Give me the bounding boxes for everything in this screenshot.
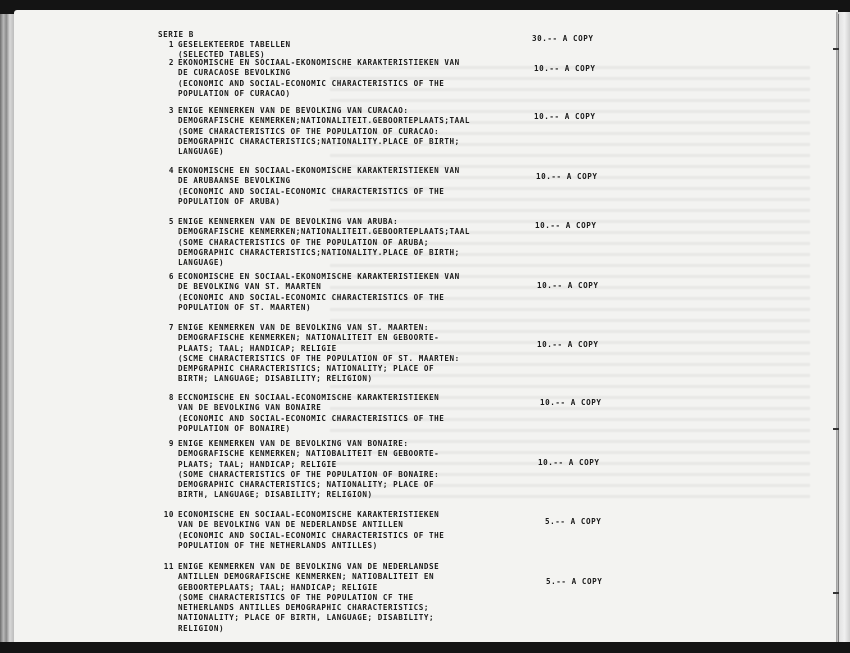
item-title-line: ECONOMISCHE EN SOCIAAL-ECONOMISCHE KARAK… xyxy=(178,510,444,520)
item-title-line: POPULATION OF ARUBA) xyxy=(178,197,460,207)
item-title-line: PLAATS; TAAL; HANDICAP; RELIGIE xyxy=(178,460,439,470)
item-title-line: POPULATION OF BONAIRE) xyxy=(178,424,444,434)
item-title-line: POPULATION OF THE NETHERLANDS ANTILLES) xyxy=(178,541,444,551)
item-price: 10.-- A COPY xyxy=(538,458,599,468)
publication-item: 4EKONOMISCHE EN SOCIAAL-EKONOMISCHE KARA… xyxy=(162,166,460,207)
item-title-line: DEMOGRAFISCHE KENMERKEN; NATIONALITEIT E… xyxy=(178,333,460,343)
item-title-line: (SOME CHARACTERISTICS OF THE POPULATION … xyxy=(178,127,470,137)
item-number: 4 xyxy=(162,166,174,176)
item-price: 10.-- A COPY xyxy=(534,64,595,74)
item-title-line: EKONOMISCHE EN SOCIAAL-EKONOMISCHE KARAK… xyxy=(178,58,460,68)
item-price: 10.-- A COPY xyxy=(537,281,598,291)
item-title-line: LANGUAGE) xyxy=(178,147,470,157)
item-number: 8 xyxy=(162,393,174,403)
publication-item: 11ENIGE KENMERKEN VAN DE BEVOLKING VAN D… xyxy=(162,562,439,634)
item-title-line: RELIGION) xyxy=(178,624,439,634)
item-title: EKONOMISCHE EN SOCIAAL-EKONOMISCHE KARAK… xyxy=(178,166,460,207)
item-number: 5 xyxy=(162,217,174,227)
item-title-line: (ECONOMIC AND SOCIAL-ECONOMIC CHARACTERI… xyxy=(178,531,444,541)
item-title-line: (ECONOMIC AND SOCIAL-ECONOMIC CHARACTERI… xyxy=(178,414,444,424)
item-title-line: ENIGE KENNERKEN VAN DE BEVOLKING VAN CUR… xyxy=(178,106,470,116)
item-number: 2 xyxy=(162,58,174,68)
item-title-line: PLAATS; TAAL; HANDICAP; RELIGIE xyxy=(178,344,460,354)
item-title-line: (SOME CHARACTERISTICS OF THE POPULATION … xyxy=(178,593,439,603)
item-title-line: DEMOGRAFISCHE KENMERKEN;NATIONALITEIT.GE… xyxy=(178,116,470,126)
item-number: 11 xyxy=(162,562,174,572)
item-title-line: VAN DE BEVOLKING VAN DE NEDERLANDSE ANTI… xyxy=(178,520,444,530)
publication-item: 10ECONOMISCHE EN SOCIAAL-ECONOMISCHE KAR… xyxy=(162,510,444,551)
item-price: 10.-- A COPY xyxy=(534,112,595,122)
item-number: 10 xyxy=(162,510,174,520)
item-number: 1 xyxy=(162,40,174,50)
item-title-line: DEMOGRAPHIC CHARACTERISTICS;NATIONALITY.… xyxy=(178,248,470,258)
item-title-line: GESELEKTEERDE TABELLEN xyxy=(178,40,291,50)
item-title: ENIGE KENNERKEN VAN DE BEVOLKING VAN CUR… xyxy=(178,106,470,157)
series-heading: SERIE B xyxy=(158,30,194,40)
item-title-line: ENIGE KENMERKEN VAN DE BEVOLKING VAN BON… xyxy=(178,439,439,449)
publication-list: SERIE B 1GESELEKTEERDE TABELLEN(SELECTED… xyxy=(0,0,850,653)
item-title-line: ECCNOMISCHE EN SOCIAAL-ECONOMISCHE KARAK… xyxy=(178,393,444,403)
item-price: 10.-- A COPY xyxy=(537,340,598,350)
item-title-line: DEMPGRAPHIC CHARACTERISTICS; NATIONALITY… xyxy=(178,364,460,374)
item-price: 10.-- A COPY xyxy=(540,398,601,408)
item-title-line: DEMOGRAPHIC CHARACTERISTICS;NATIONALITY.… xyxy=(178,137,470,147)
item-title-line: VAN DE BEVOLKING VAN BONAIRE xyxy=(178,403,444,413)
item-title-line: (ECONOMIC AND SOCIAL-ECONOMIC CHARACTERI… xyxy=(178,293,460,303)
item-title-line: NETHERLANDS ANTILLES DEMOGRAPHIC CHARACT… xyxy=(178,603,439,613)
item-title: EKONOMISCHE EN SOCIAAL-EKONOMISCHE KARAK… xyxy=(178,58,460,99)
item-title-line: EKONOMISCHE EN SOCIAAL-EKONOMISCHE KARAK… xyxy=(178,166,460,176)
item-title-line: (SCME CHARACTERISTICS OF THE POPULATION … xyxy=(178,354,460,364)
item-title: ENIGE KENMERKEN VAN DE BEVOLKING VAN BON… xyxy=(178,439,439,501)
item-title: ENIGE KENNERKEN VAN DE BEVOLKING VAN ARU… xyxy=(178,217,470,268)
item-title: ECONOMISCHE EN SOCIAAL-ECONOMISCHE KARAK… xyxy=(178,510,444,551)
item-number: 3 xyxy=(162,106,174,116)
publication-item: 8ECCNOMISCHE EN SOCIAAL-ECONOMISCHE KARA… xyxy=(162,393,444,434)
item-title-line: BIRTH, LANGUAGE; DISABILITY; RELIGION) xyxy=(178,490,439,500)
item-title-line: ENIGE KENNERKEN VAN DE BEVOLKING VAN ARU… xyxy=(178,217,470,227)
item-price: 30.-- A COPY xyxy=(532,34,593,44)
item-title-line: (SOME CHARACTERISTICS OF THE POPULATION … xyxy=(178,470,439,480)
item-title: ENIGE KENMERKEN VAN DE BEVOLKING VAN DE … xyxy=(178,562,439,634)
item-price: 10.-- A COPY xyxy=(536,172,597,182)
item-title-line: (SOME CHARACTERISTICS OF THE POPULATION … xyxy=(178,238,470,248)
item-title-line: NATIONALITY; PLACE OF BIRTH, LANGUAGE; D… xyxy=(178,613,439,623)
publication-item: 5ENIGE KENNERKEN VAN DE BEVOLKING VAN AR… xyxy=(162,217,470,268)
item-title: ECCNOMISCHE EN SOCIAAL-ECONOMISCHE KARAK… xyxy=(178,393,444,434)
item-price: 5.-- A COPY xyxy=(546,577,602,587)
item-title-line: (ECONOMIC AND SOCIAL-ECONOMIC CHARACTERI… xyxy=(178,79,460,89)
publication-item: 2EKONOMISCHE EN SOCIAAL-EKONOMISCHE KARA… xyxy=(162,58,460,99)
publication-item: 7ENIGE KENMERKEN VAN DE BEVOLKING VAN ST… xyxy=(162,323,460,385)
item-price: 5.-- A COPY xyxy=(545,517,601,527)
item-title-line: DEMOGRAFISCHE KENMERKEN; NATIOBALITEIT E… xyxy=(178,449,439,459)
item-title-line: DE BEVOLKING VAN ST. MAARTEN xyxy=(178,282,460,292)
item-title-line: POPULATION OF ST. MAARTEN) xyxy=(178,303,460,313)
item-title-line: DEMOGRAPHIC CHARACTERISTICS; NATIONALITY… xyxy=(178,480,439,490)
item-number: 9 xyxy=(162,439,174,449)
item-title-line: ANTILLEN DEMOGRAFISCHE KENMERKEN; NATIOB… xyxy=(178,572,439,582)
item-title-line: (ECONOMIC AND SOCIAL-ECONOMIC CHARACTERI… xyxy=(178,187,460,197)
publication-item: 6ECONOMISCHE EN SOCIAAL-EKONOMISCHE KARA… xyxy=(162,272,460,313)
item-title-line: DE ARUBAANSE BEVOLKING xyxy=(178,176,460,186)
publication-item: 9ENIGE KENMERKEN VAN DE BEVOLKING VAN BO… xyxy=(162,439,439,501)
item-title: ECONOMISCHE EN SOCIAAL-EKONOMISCHE KARAK… xyxy=(178,272,460,313)
item-title-line: BIRTH; LANGUAGE; DISABILITY; RELIGION) xyxy=(178,374,460,384)
item-price: 10.-- A COPY xyxy=(535,221,596,231)
item-title-line: ENIGE KENMERKEN VAN DE BEVOLKING VAN ST.… xyxy=(178,323,460,333)
item-title-line: ECONOMISCHE EN SOCIAAL-EKONOMISCHE KARAK… xyxy=(178,272,460,282)
publication-item: 3ENIGE KENNERKEN VAN DE BEVOLKING VAN CU… xyxy=(162,106,470,157)
item-number: 7 xyxy=(162,323,174,333)
item-title-line: POPULATION OF CURACAO) xyxy=(178,89,460,99)
item-title-line: ENIGE KENMERKEN VAN DE BEVOLKING VAN DE … xyxy=(178,562,439,572)
item-title-line: GEBOORTEPLAATS; TAAL; HANDICAP; RELIGIE xyxy=(178,583,439,593)
item-title-line: DE CURACAOSE BEVOLKING xyxy=(178,68,460,78)
item-number: 6 xyxy=(162,272,174,282)
item-title-line: LANGUAGE) xyxy=(178,258,470,268)
item-title-line: DEMOGRAFISCHE KENMERKEN;NATIONALITEIT.GE… xyxy=(178,227,470,237)
item-title: ENIGE KENMERKEN VAN DE BEVOLKING VAN ST.… xyxy=(178,323,460,385)
